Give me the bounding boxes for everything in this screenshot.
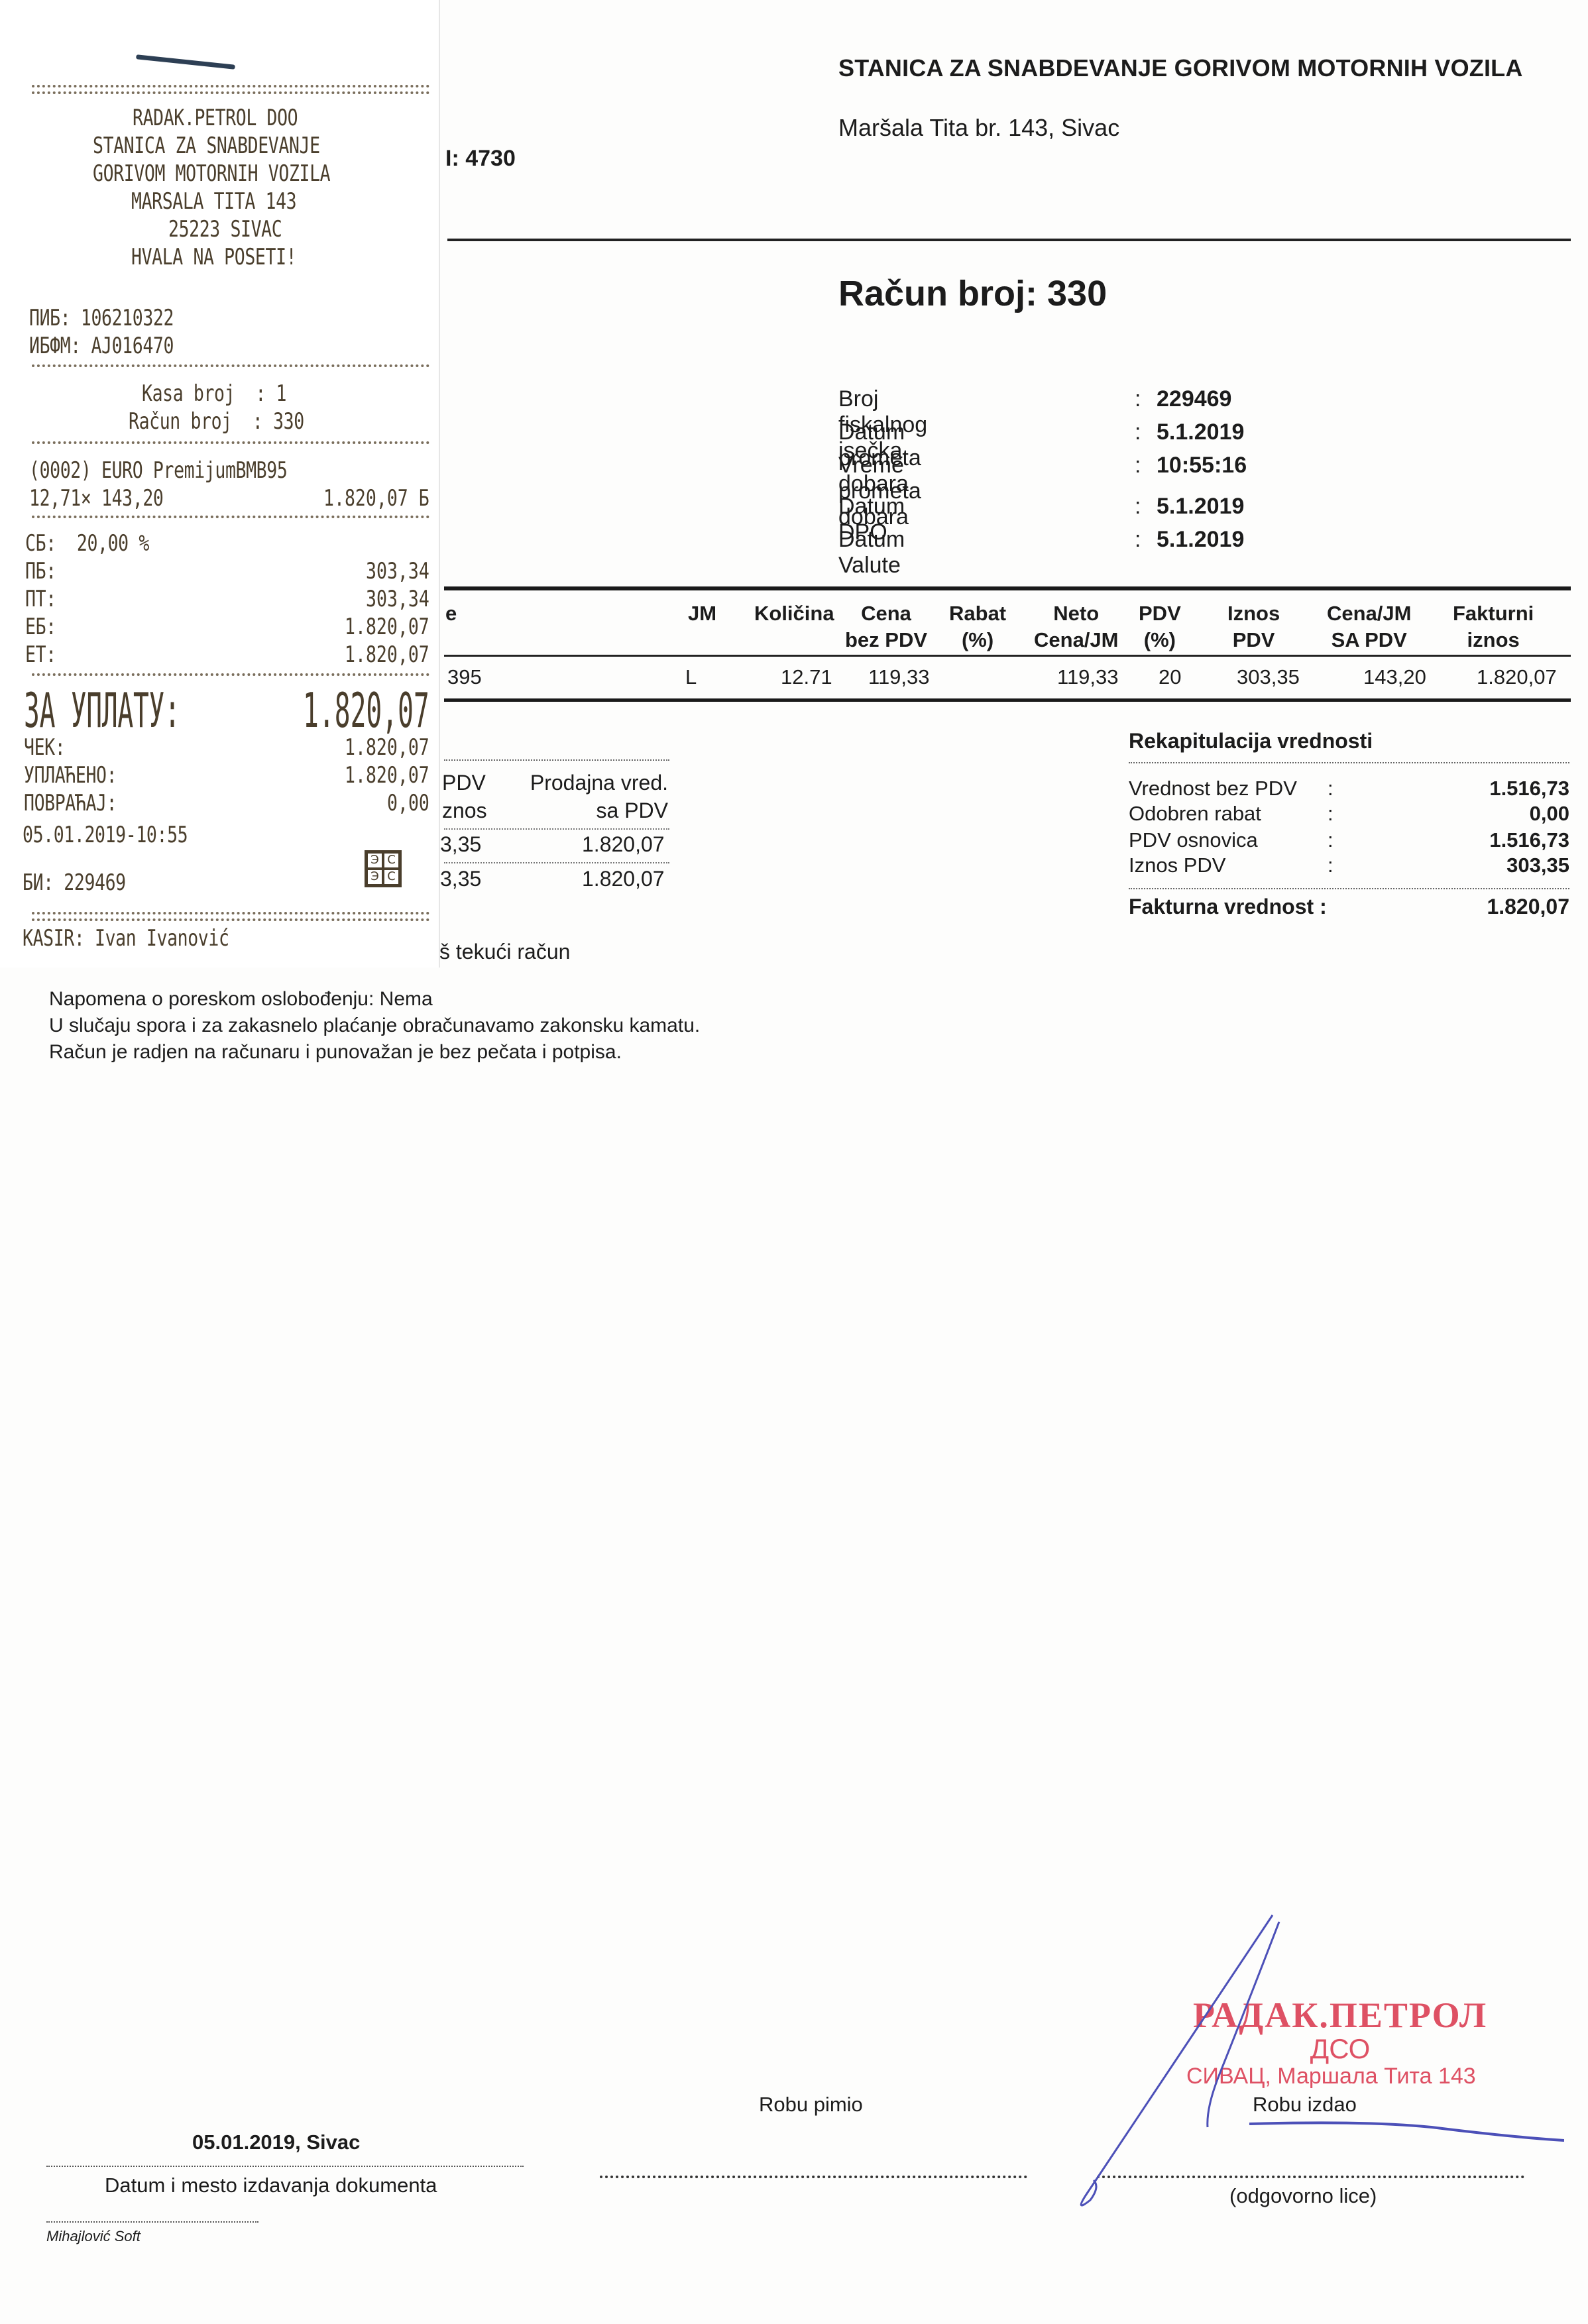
recap-row-net: Vrednost bez PDV:1.516,73 xyxy=(1129,777,1569,802)
meta-label: Datum Valute xyxy=(838,527,905,579)
col-header-price-with-vat: Cena/JMSA PDV xyxy=(1327,600,1411,653)
software-credit: Mihajlović Soft xyxy=(46,2228,141,2245)
receipt-tax-label: ЕТ: xyxy=(25,641,56,668)
receipt-cashier: KASIR: Ivan Ivanović xyxy=(23,925,229,952)
receipt-invoice-number: Račun broj : 330 xyxy=(129,408,304,435)
table-top-rule xyxy=(444,586,1571,590)
received-by-signature-line xyxy=(600,2176,1027,2178)
receipt-payment-label: ПОВРАЋАЈ: xyxy=(24,790,117,816)
receipt-tax-label: ЕБ: xyxy=(25,614,56,640)
receipt-item-qty-price: 12,71× 143,20 xyxy=(29,485,163,512)
partial-id-number: I: 4730 xyxy=(445,146,516,172)
fiscal-logo-icon: ЭC ЭC xyxy=(365,850,402,887)
receipt-to-pay-label: ЗА УПЛАТУ: xyxy=(24,683,180,738)
receipt-tax-label: ПТ: xyxy=(25,586,56,612)
receipt-separator xyxy=(32,85,429,94)
summary-rule xyxy=(444,862,669,863)
cell-name: 395 xyxy=(447,665,482,689)
receipt-tax-value: 1.820,07 xyxy=(345,641,429,668)
receipt-to-pay-value: 1.820,07 xyxy=(303,683,429,738)
recap-row-vat-amount: Iznos PDV:303,35 xyxy=(1129,854,1569,879)
receipt-header-line: HVALA NA POSETI! xyxy=(131,244,296,270)
meta-value: 229469 xyxy=(1157,386,1231,412)
receipt-payment-value: 1.820,07 xyxy=(345,762,429,789)
cell-vat-rate: 20 xyxy=(1159,665,1181,689)
summary-header-sales-value: Prodajna vred.sa PDV xyxy=(517,769,668,824)
table-header-rule xyxy=(444,655,1571,657)
note-line: Račun je radjen na računaru i punovažan … xyxy=(49,1039,700,1066)
receipt-payment-value: 1.820,07 xyxy=(345,734,429,761)
cell-price-with-vat: 143,20 xyxy=(1363,665,1426,689)
summary-header-vat: PDVznos xyxy=(442,769,487,824)
receipt-header-line: STANICA ZA SNABDEVANJE xyxy=(93,133,320,159)
receipt-ibfm: ИБФМ: AJ016470 xyxy=(29,333,174,359)
col-header-jm: JM xyxy=(688,600,716,627)
recap-rule xyxy=(1129,762,1569,763)
receipt-header-line: 25223 SIVAC xyxy=(168,216,282,243)
receipt-separator xyxy=(32,364,429,367)
receipt-tax-value: 303,34 xyxy=(366,558,429,584)
summary-cell-vat: 3,35 xyxy=(440,832,481,857)
summary-rule xyxy=(444,759,669,761)
receipt-tax-value: 303,34 xyxy=(366,586,429,612)
header-divider xyxy=(447,239,1571,241)
summary-cell-vat: 3,35 xyxy=(440,867,481,891)
col-header-vat-amount: IznosPDV xyxy=(1227,600,1280,653)
cell-net: 119,33 xyxy=(1057,665,1119,689)
signature-icon xyxy=(1034,1909,1564,2213)
receipt-separator xyxy=(32,516,429,518)
receipt-payment-label: УПЛАЋЕНО: xyxy=(24,762,117,789)
issue-date-place-label: Datum i mesto izdavanja dokumenta xyxy=(105,2174,437,2197)
meta-value: 5.1.2019 xyxy=(1157,494,1244,520)
notes: Napomena o poreskom oslobođenju: Nema U … xyxy=(49,986,700,1066)
receipt-header-line: MARSALA TITA 143 xyxy=(131,188,296,215)
meta-value: 5.1.2019 xyxy=(1157,527,1244,553)
recap-rule xyxy=(1129,888,1569,889)
cell-invoice-amount: 1.820,07 xyxy=(1477,665,1557,689)
footer-rule xyxy=(46,2221,258,2223)
col-header-vat-rate: PDV(%) xyxy=(1139,600,1181,653)
receipt-tax-value: 1.820,07 xyxy=(345,614,429,640)
cell-quantity: 12.71 xyxy=(781,665,832,689)
pen-mark xyxy=(136,54,235,70)
company-address: Maršala Tita br. 143, Sivac xyxy=(838,114,1119,142)
cell-jm: L xyxy=(685,665,697,689)
receipt-pib: ПИБ: 106210322 xyxy=(29,305,174,331)
receipt-separator xyxy=(32,441,429,444)
receipt-item-total: 1.820,07 Б xyxy=(323,485,429,512)
receipt-tax-rate: СБ: 20,00 % xyxy=(25,530,149,557)
col-header-price: Cenabez PDV xyxy=(845,600,927,653)
recap-row-vat-base: PDV osnovica:1.516,73 xyxy=(1129,828,1569,854)
receipt-header-line: GORIVOM MOTORNIH VOZILA xyxy=(93,160,330,187)
receipt-header-line: RADAK.PETROL DOO xyxy=(133,105,298,131)
note-line: U slučaju spora i za zakasnelo plaćanje … xyxy=(49,1013,700,1039)
issue-date-place: 05.01.2019, Sivac xyxy=(192,2130,360,2154)
note-line: Napomena o poreskom oslobođenju: Nema xyxy=(49,986,700,1013)
footer-rule xyxy=(46,2166,524,2167)
meta-value: 5.1.2019 xyxy=(1157,419,1244,445)
receipt-tax-label: ПБ: xyxy=(25,558,56,584)
col-header-quantity: Količina xyxy=(754,600,834,627)
receipt-payment-value: 0,00 xyxy=(387,790,429,816)
summary-cell-sales-value: 1.820,07 xyxy=(582,832,665,857)
company-name: STANICA ZA SNABDEVANJE GORIVOM MOTORNIH … xyxy=(838,53,1534,83)
recap-row-discount: Odobren rabat:0,00 xyxy=(1129,802,1569,827)
col-header-invoice-amount: Fakturniiznos xyxy=(1453,600,1534,653)
recap-title: Rekapitulacija vrednosti xyxy=(1129,729,1373,753)
receipt-separator xyxy=(32,673,429,676)
cell-vat-amount: 303,35 xyxy=(1237,665,1300,689)
summary-cell-sales-value: 1.820,07 xyxy=(582,867,665,891)
col-header-name: e xyxy=(445,600,457,627)
col-header-discount: Rabat(%) xyxy=(949,600,1006,653)
payment-method: š tekući račun xyxy=(439,940,570,964)
received-by-label: Robu pimio xyxy=(759,2093,863,2117)
receipt-register-number: Kasa broj : 1 xyxy=(142,380,286,407)
table-bottom-rule xyxy=(444,698,1571,702)
col-header-net: NetoCena/JM xyxy=(1034,600,1118,653)
receipt-datetime: 05.01.2019-10:55 xyxy=(23,822,188,848)
cell-price: 119,33 xyxy=(868,665,930,689)
receipt-separator xyxy=(32,912,429,921)
summary-rule xyxy=(444,828,669,830)
receipt-item-name: (0002) EURO PremijumBMB95 xyxy=(29,457,287,484)
invoice-title: Račun broj: 330 xyxy=(838,273,1107,314)
receipt-payment-label: ЧЕК: xyxy=(24,734,65,761)
fiscal-receipt: RADAK.PETROL DOO STANICA ZA SNABDEVANJE … xyxy=(0,0,439,968)
meta-value: 10:55:16 xyxy=(1157,453,1247,478)
receipt-fiscal-id: БИ: 229469 xyxy=(23,869,126,896)
